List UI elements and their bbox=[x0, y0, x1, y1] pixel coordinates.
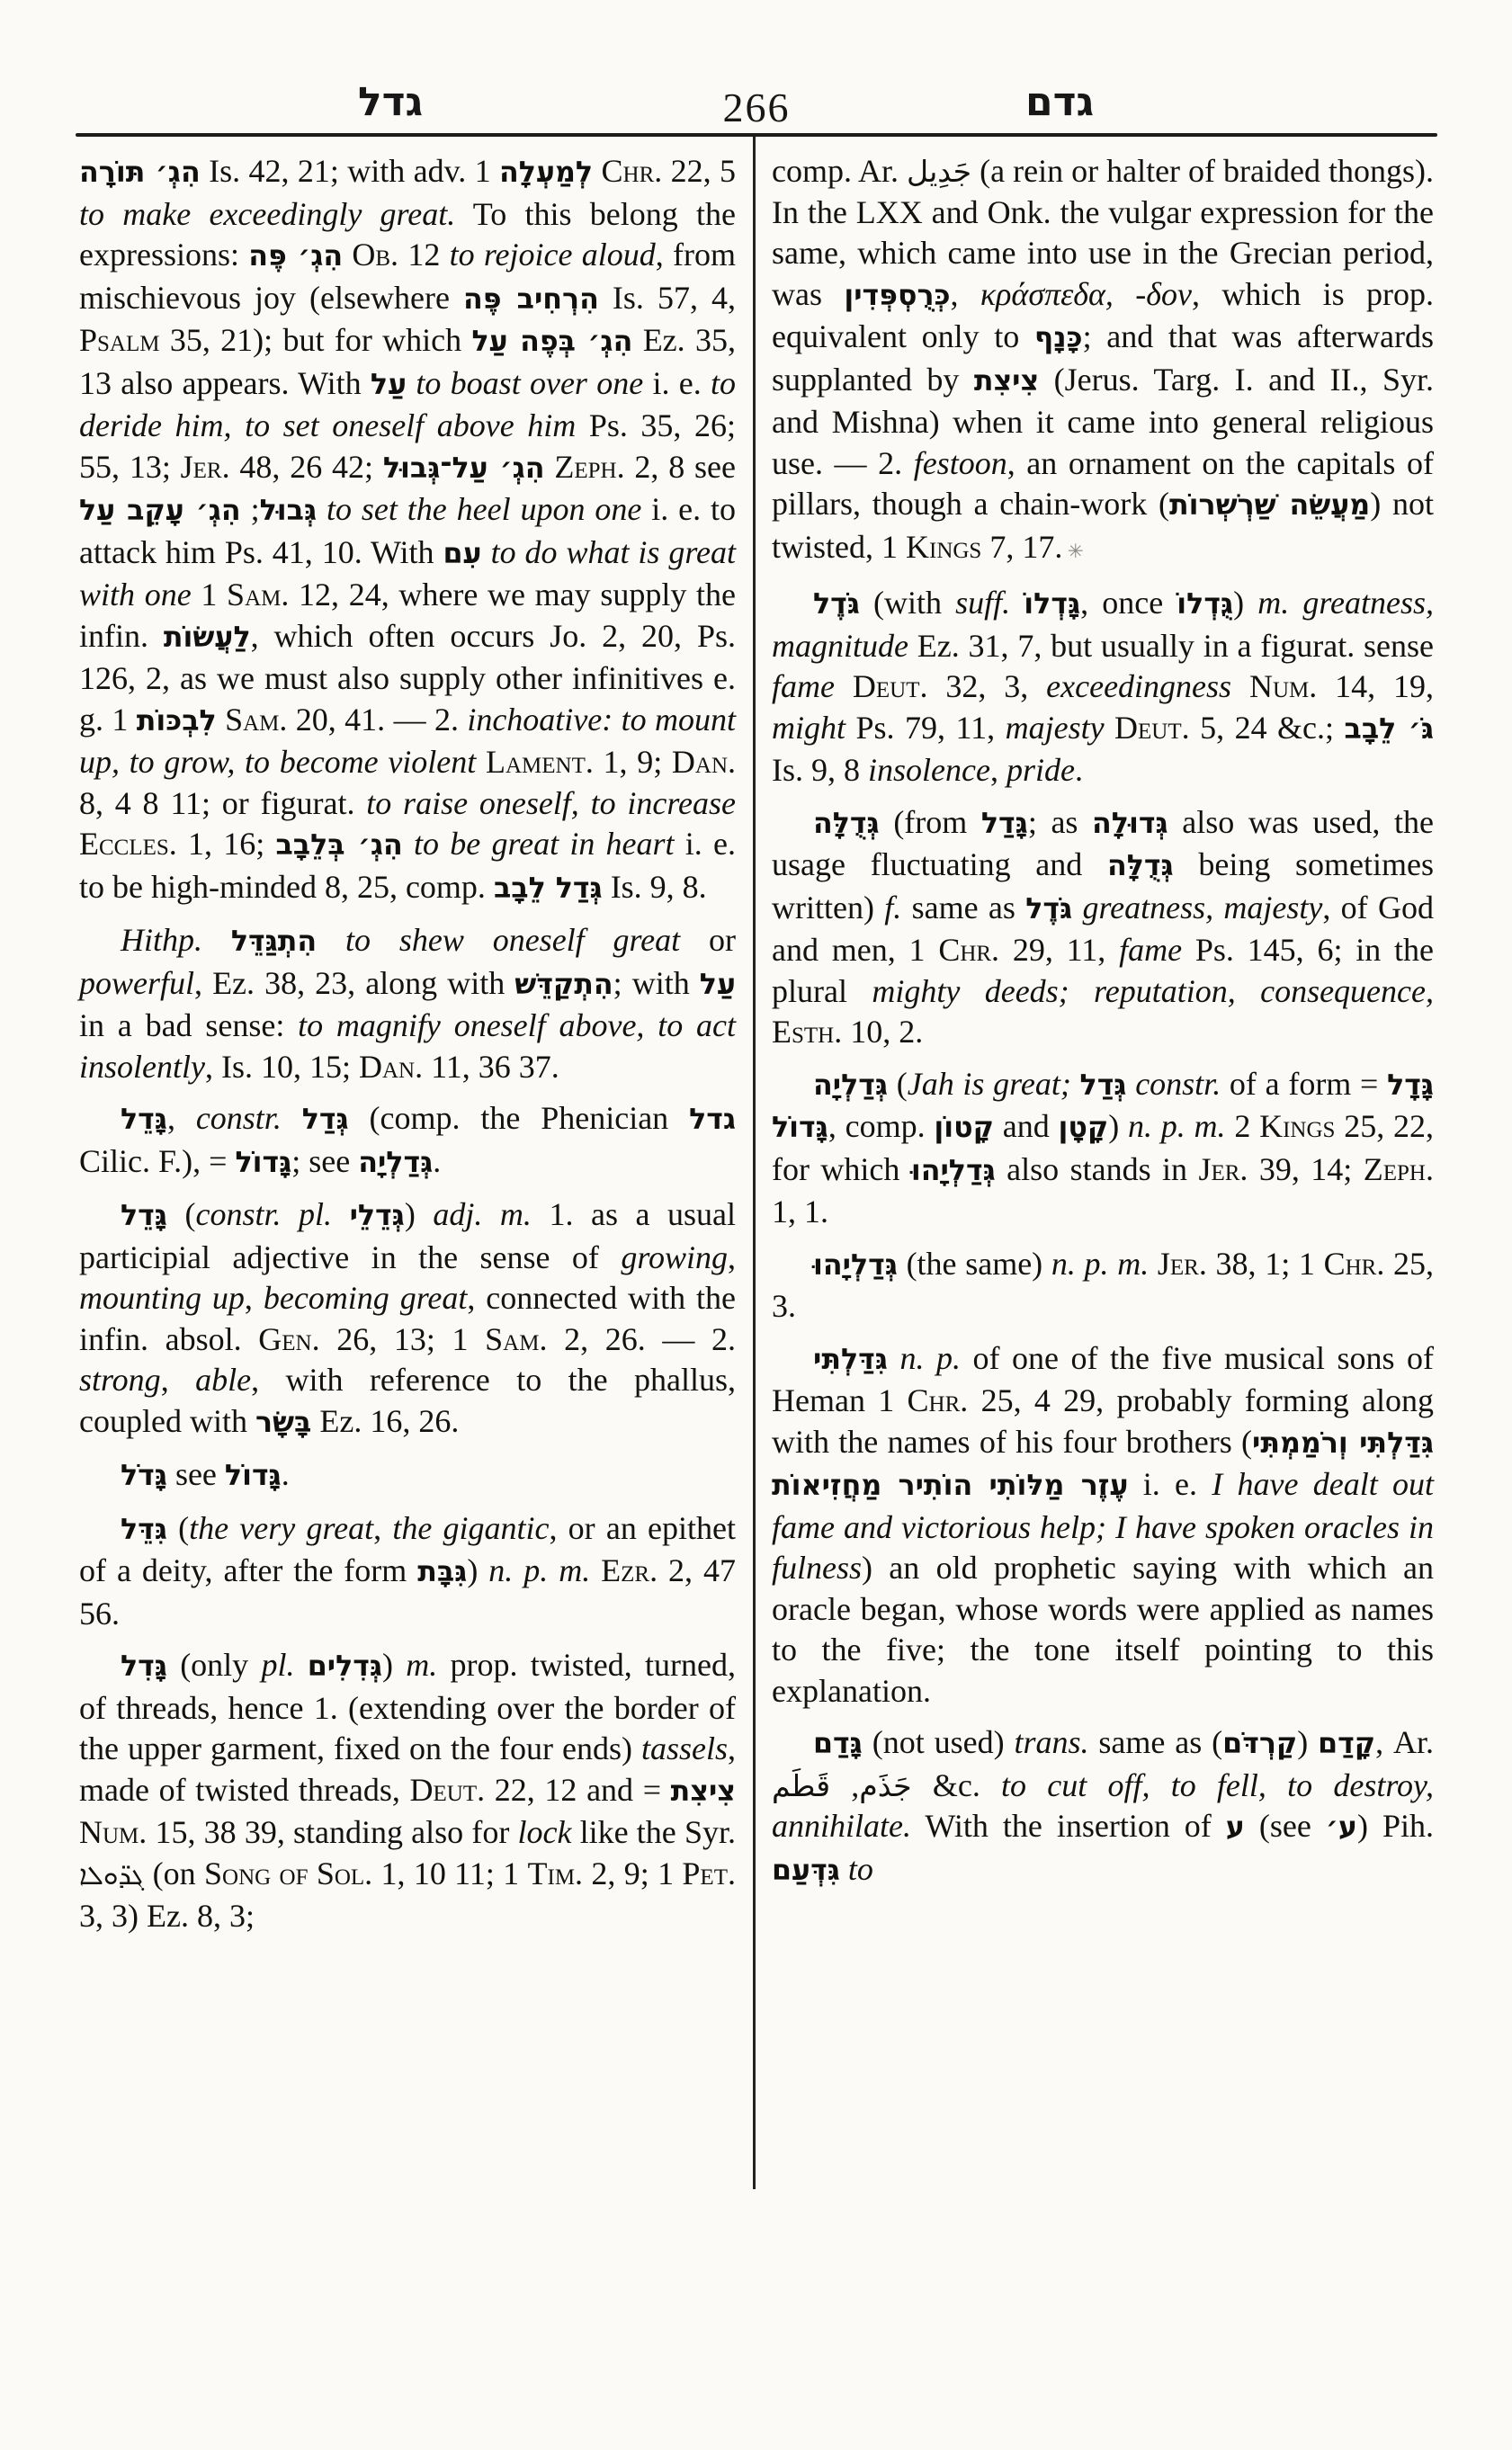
italic-text-segment: trans. bbox=[1014, 1724, 1088, 1760]
text-segment bbox=[1010, 585, 1024, 621]
text-segment bbox=[282, 1100, 302, 1136]
hebrew-text: צִיצִת bbox=[974, 365, 1039, 398]
text-segment bbox=[202, 922, 231, 958]
text-segment: of a form bbox=[1221, 1066, 1360, 1102]
hebrew-text: גְּדַלְיָהוּ bbox=[911, 1155, 996, 1187]
text-segment: 2 bbox=[1226, 1108, 1260, 1144]
small-caps-reference: Tim. bbox=[528, 1855, 584, 1891]
dictionary-entry: גָּדֵל, constr. גְּדַל (comp. the Phenic… bbox=[79, 1098, 736, 1184]
text-segment: = bbox=[1360, 1066, 1387, 1102]
hebrew-text: לִבְכּוֹת bbox=[137, 705, 217, 738]
text-segment: also stands in bbox=[996, 1151, 1199, 1187]
text-segment: ; with bbox=[613, 965, 700, 1001]
text-segment bbox=[545, 449, 555, 485]
small-caps-reference: Jer. bbox=[1158, 1246, 1207, 1282]
hebrew-text: גֹּ׳ לֵבָב bbox=[1345, 713, 1435, 746]
hebrew-text: הִגְ׳ עַל־גְּבוּל bbox=[383, 452, 545, 485]
text-segment: 2, 9; 1 bbox=[583, 1855, 682, 1891]
italic-text-segment: tassels bbox=[641, 1730, 728, 1766]
hebrew-text: גְּדֻלָּה bbox=[813, 808, 880, 840]
text-segment: (see bbox=[1245, 1808, 1326, 1844]
hebrew-text: עַל bbox=[371, 369, 407, 401]
small-caps-reference: Deut. bbox=[410, 1772, 486, 1808]
small-caps-reference: Deut. bbox=[1114, 710, 1190, 746]
text-segment: (from bbox=[880, 804, 981, 840]
text-segment: Ps. 79, 11, bbox=[845, 710, 1006, 746]
text-segment: , comp. bbox=[828, 1108, 935, 1144]
hebrew-text: הִגְ׳ בְּלֵבָב bbox=[275, 829, 402, 862]
text-segment: 48, 26 42; bbox=[230, 449, 383, 485]
italic-text-segment: to boast over one bbox=[416, 365, 643, 401]
small-caps-reference: Deut. bbox=[853, 668, 928, 704]
hebrew-text: גְּדוּלָה bbox=[1092, 808, 1168, 840]
text-segment: or bbox=[680, 922, 736, 958]
dictionary-entry: גִּדַּלְתִּי n. p. of one of the five mu… bbox=[772, 1338, 1434, 1712]
italic-text-segment: suff. bbox=[955, 585, 1010, 621]
hebrew-text: גִּבָּת bbox=[417, 1556, 467, 1588]
italic-text-segment: pride bbox=[1007, 752, 1075, 788]
text-segment bbox=[343, 237, 352, 273]
dictionary-entry: גְּדַלְיָהוּ (the same) n. p. m. Jer. 38… bbox=[772, 1244, 1434, 1328]
hebrew-text: גָּדָל bbox=[1387, 1069, 1434, 1102]
hebrew-text: גִּדַּלְתִּי bbox=[813, 1344, 888, 1376]
text-segment: 32, 3, bbox=[927, 668, 1046, 704]
hebrew-text: לְמַעְלָה bbox=[499, 156, 593, 189]
text-segment: ) bbox=[1108, 1108, 1128, 1144]
italic-text-segment: to be great in heart bbox=[414, 826, 675, 862]
text-segment: (not used) bbox=[863, 1724, 1015, 1760]
italic-text-segment: to shew oneself great bbox=[345, 922, 680, 958]
small-caps-reference: Song of Sol. bbox=[204, 1855, 372, 1891]
italic-text-segment: pl. bbox=[261, 1647, 294, 1683]
small-caps-reference: Jer. bbox=[181, 449, 230, 485]
text-segment: Is. 42, 21; with adv. bbox=[201, 153, 475, 189]
text-segment: 8, 4 8 11; or figurat. bbox=[79, 785, 366, 821]
text-segment: 20, 41. — 2. bbox=[287, 702, 467, 738]
small-caps-reference: Psalm bbox=[79, 322, 159, 358]
text-segment bbox=[403, 826, 414, 862]
text-segment: ) bbox=[405, 1196, 434, 1232]
hebrew-text: קָדַם bbox=[1318, 1728, 1375, 1760]
hebrew-text: הִגְ׳ עָקֵב עַל bbox=[79, 495, 241, 527]
hebrew-text: גדל bbox=[689, 1104, 736, 1136]
italic-text-segment: to bbox=[848, 1851, 873, 1887]
text-segment: (with bbox=[860, 585, 955, 621]
arabic-text: جَدِيل bbox=[907, 154, 971, 189]
italic-text-segment: n. p. m. bbox=[488, 1552, 590, 1588]
text-segment: , once bbox=[1080, 585, 1176, 621]
running-header: גדל 266 גדם bbox=[0, 0, 1512, 135]
small-caps-reference: Lament. bbox=[486, 744, 594, 780]
syriac-text: ܓܕ̈ܘܠܐ bbox=[79, 1860, 144, 1891]
greek-text: κράσπεδα, -δον bbox=[980, 276, 1192, 312]
text-segment: , bbox=[373, 1510, 392, 1546]
hebrew-text: הִרְחִיב פֶּה bbox=[463, 283, 599, 316]
small-caps-reference: Chr. bbox=[602, 153, 663, 189]
italic-text-segment: majesty bbox=[1006, 710, 1105, 746]
text-segment: 11, 36 37. bbox=[423, 1049, 559, 1085]
text-segment bbox=[835, 668, 853, 704]
continuation-paragraph: הִגְ׳ תּוֹרָה Is. 42, 21; with adv. לְמַ… bbox=[79, 151, 736, 909]
hebrew-text: גְּדֵלֵי bbox=[350, 1200, 405, 1232]
dictionary-entry: גָּדַם (not used) trans. same as קָדַם (… bbox=[772, 1722, 1434, 1891]
italic-text-segment: adj. m. bbox=[433, 1196, 532, 1232]
dictionary-entry: Hithp. הִתְגַּדֵּל to shew oneself great… bbox=[79, 920, 736, 1087]
hebrew-text: הִגְ׳ פֶּה bbox=[248, 240, 343, 273]
hebrew-text: גָּדַל bbox=[981, 808, 1028, 840]
hebrew-text: הִגְ׳ בְּפֶה עַל bbox=[472, 326, 633, 358]
text-segment bbox=[1149, 1246, 1158, 1282]
continuation-paragraph: comp. Ar. جَدِيل (a rein or halter of br… bbox=[772, 151, 1434, 572]
italic-text-segment: Hithp. bbox=[121, 922, 202, 958]
small-caps-reference: Kings bbox=[1259, 1108, 1335, 1144]
hebrew-text: קָטָן bbox=[1058, 1112, 1108, 1144]
italic-text-segment: powerful bbox=[79, 965, 194, 1001]
text-segment bbox=[1289, 585, 1302, 621]
arabic-text: قَطَم bbox=[772, 1768, 830, 1803]
hebrew-text: גְּדַלְיָה bbox=[813, 1069, 888, 1102]
text-segment: same as bbox=[901, 890, 1025, 925]
small-caps-reference: Zeph. bbox=[554, 449, 624, 485]
hebrew-text: גָּדוֹל bbox=[235, 1147, 291, 1179]
italic-text-segment: insolence bbox=[868, 752, 990, 788]
left-column: הִגְ׳ תּוֹרָה Is. 42, 21; with adv. לְמַ… bbox=[79, 151, 736, 1937]
text-segment: in a bad sense: bbox=[79, 1007, 298, 1043]
text-segment bbox=[888, 1340, 900, 1376]
hebrew-text: מַעֲשֵׂה שַׁרְשְׁרוֹת bbox=[1169, 489, 1370, 522]
text-segment: Cilic. F.), = bbox=[79, 1143, 235, 1179]
hebrew-text: הִתְקַדֵּשׁ bbox=[514, 969, 613, 1001]
text-segment: 22, 5 bbox=[662, 153, 736, 189]
text-segment: (comp. the Phenician bbox=[349, 1100, 689, 1136]
text-segment: 1, 10 11; 1 bbox=[372, 1855, 527, 1891]
hebrew-text: גְּדַל לֵבָב bbox=[494, 872, 603, 905]
text-segment: 38, 1; 1 bbox=[1207, 1246, 1324, 1282]
hebrew-text: גָּדַם bbox=[813, 1728, 863, 1760]
dictionary-entry: גִּדֵּל (the very great, the gigantic, o… bbox=[79, 1508, 736, 1635]
right-column: comp. Ar. جَدِيل (a rein or halter of br… bbox=[772, 151, 1434, 1891]
hebrew-text: גְּבוּל bbox=[260, 495, 318, 527]
hebrew-text: גֹּדֶל bbox=[1025, 893, 1072, 925]
italic-text-segment: to set the heel upon one bbox=[327, 491, 641, 527]
text-segment: 1, 16; bbox=[177, 826, 276, 862]
hebrew-text: צִיצִת bbox=[671, 1775, 736, 1808]
italic-text-segment: f. bbox=[884, 890, 901, 925]
italic-text-segment: strong bbox=[79, 1362, 161, 1398]
small-caps-reference: Pet. bbox=[682, 1855, 736, 1891]
text-segment: same as bbox=[1089, 1724, 1212, 1760]
text-segment bbox=[840, 1851, 848, 1887]
text-segment: ) Pih. bbox=[1357, 1808, 1434, 1844]
small-caps-reference: Chr. bbox=[938, 932, 999, 968]
text-segment bbox=[332, 1196, 350, 1232]
text-segment: ( bbox=[1297, 1724, 1318, 1760]
text-segment: (only bbox=[167, 1647, 262, 1683]
hebrew-text: עַל bbox=[700, 969, 736, 1001]
text-segment: Is. 9, 8. bbox=[603, 869, 707, 905]
text-segment: . bbox=[282, 1456, 290, 1492]
hebrew-text: קַרְדֹּם bbox=[1222, 1728, 1297, 1760]
dictionary-entry: גָּדֹל see גָּדוֹל. bbox=[79, 1454, 736, 1498]
text-segment: ( bbox=[888, 1066, 908, 1102]
text-segment: , bbox=[728, 1239, 736, 1275]
text-segment bbox=[1231, 668, 1249, 704]
hebrew-text: עִם bbox=[443, 538, 482, 570]
hebrew-text: גֻּדְלוֹ bbox=[1176, 588, 1233, 621]
text-segment: , bbox=[990, 752, 1007, 788]
text-segment: 29, 11, bbox=[999, 932, 1119, 968]
hebrew-text: בָּשָׂר bbox=[255, 1407, 311, 1439]
text-segment: ) bbox=[382, 1647, 406, 1683]
text-segment: ) bbox=[1233, 585, 1257, 621]
text-segment bbox=[476, 744, 486, 780]
italic-text-segment: growing bbox=[621, 1239, 728, 1275]
italic-text-segment: m. bbox=[1257, 585, 1289, 621]
column-divider bbox=[753, 137, 756, 2189]
hebrew-text: כָּנָף bbox=[1034, 322, 1083, 354]
hebrew-text: גְּדַל bbox=[302, 1104, 349, 1136]
hebrew-text: קָטוֹן bbox=[934, 1112, 994, 1144]
small-caps-reference: Kings bbox=[906, 529, 981, 565]
text-segment: ) bbox=[467, 1552, 488, 1588]
italic-text-segment: might bbox=[772, 710, 845, 746]
text-segment: see bbox=[167, 1456, 225, 1492]
small-caps-reference: Esth. bbox=[772, 1014, 842, 1050]
hebrew-text: כְּרֻסְפְּדִין bbox=[844, 280, 950, 312]
text-segment: 15, 38 39, standing also for bbox=[147, 1814, 517, 1850]
page-number: 266 bbox=[667, 85, 846, 131]
small-caps-reference: Zeph. bbox=[1364, 1151, 1434, 1187]
small-caps-reference: Sam. bbox=[225, 702, 287, 738]
catchword-left: גדל bbox=[358, 79, 423, 126]
small-caps-reference: Dan. bbox=[672, 744, 736, 780]
text-segment: and bbox=[994, 1108, 1059, 1144]
catchword-right: גדם bbox=[1025, 79, 1094, 126]
italic-text-segment: to rejoice aloud bbox=[450, 237, 656, 273]
italic-text-segment: to make exceedingly great. bbox=[79, 196, 455, 232]
italic-text-segment: Jah is great; bbox=[908, 1066, 1071, 1102]
text-segment: 35, 21); but for which bbox=[159, 322, 471, 358]
italic-text-segment: becoming great bbox=[264, 1280, 468, 1316]
dictionary-entry: גָּדֵל (constr. pl. גְּדֵלֵי) adj. m. 1.… bbox=[79, 1194, 736, 1444]
text-segment: 26, 13; 1 bbox=[320, 1321, 486, 1357]
hebrew-text: הִגְ׳ תּוֹרָה bbox=[79, 156, 201, 189]
small-caps-reference: Ob. bbox=[352, 237, 398, 273]
text-segment bbox=[294, 1647, 307, 1683]
text-segment: comp. Ar. bbox=[772, 153, 907, 189]
text-segment bbox=[317, 922, 345, 958]
text-segment: , bbox=[830, 1767, 859, 1803]
small-caps-reference: Chr. bbox=[908, 1382, 969, 1418]
text-segment: ( bbox=[167, 1510, 189, 1546]
italic-text-segment: fame bbox=[1119, 932, 1182, 968]
small-caps-reference: Sam. bbox=[227, 577, 289, 612]
italic-text-segment: mounting up bbox=[79, 1280, 245, 1316]
text-segment: 1, 1. bbox=[772, 1194, 828, 1229]
text-segment: (on bbox=[144, 1855, 204, 1891]
text-segment bbox=[590, 1552, 601, 1588]
italic-text-segment: constr. bbox=[196, 1100, 282, 1136]
text-segment: ; bbox=[241, 491, 260, 527]
text-segment: i. e. bbox=[1129, 1466, 1212, 1502]
small-caps-reference: Eccles. bbox=[79, 826, 177, 862]
hebrew-text: גָּדוֹל bbox=[772, 1112, 828, 1144]
dictionary-entry: גֹּדֶל (with suff. גָּדְלוֹ, once גֻּדְל… bbox=[772, 583, 1434, 791]
hebrew-text: גְּדֻלָּה bbox=[1107, 850, 1174, 882]
italic-text-segment: constr. pl. bbox=[195, 1196, 332, 1232]
text-segment bbox=[482, 534, 491, 570]
text-segment: . bbox=[433, 1143, 441, 1179]
hebrew-text: גָּדֹל bbox=[121, 1460, 167, 1492]
hebrew-text: גְּדַלְיָה bbox=[358, 1147, 433, 1179]
hebrew-text: גִּדְּעַם bbox=[772, 1855, 840, 1887]
italic-text-segment: fame bbox=[772, 668, 835, 704]
italic-text-segment: greatness, majesty bbox=[1082, 890, 1322, 925]
italic-text-segment: n. p. bbox=[899, 1340, 961, 1376]
text-segment: 14, 19, bbox=[1317, 668, 1434, 704]
small-caps-reference: Gen. bbox=[258, 1321, 319, 1357]
hebrew-text: גָּדֵל bbox=[121, 1104, 167, 1136]
print-mark: ✳ bbox=[1062, 541, 1084, 562]
italic-text-segment: able bbox=[195, 1362, 251, 1398]
text-segment: 2, 8 see bbox=[625, 449, 736, 485]
text-segment: 22, 12 and = bbox=[485, 1772, 671, 1808]
hebrew-text: גָּדוֹל bbox=[225, 1460, 282, 1492]
text-segment: , bbox=[245, 1280, 264, 1316]
small-caps-reference: Sam. bbox=[485, 1321, 547, 1357]
hebrew-text: הִתְגַּדֵּל bbox=[231, 925, 317, 958]
hebrew-text: גָּדֵל bbox=[121, 1200, 167, 1232]
small-caps-reference: Num. bbox=[79, 1814, 147, 1850]
hebrew-text: גְּדִלִים bbox=[308, 1650, 382, 1683]
italic-text-segment: n. p. m. bbox=[1128, 1108, 1226, 1144]
hebrew-text: ע׳ bbox=[1326, 1811, 1357, 1844]
text-segment: 1 bbox=[192, 577, 227, 612]
dictionary-entry: גָּדִל (only pl. גְּדִלִים) m. prop. twi… bbox=[79, 1645, 736, 1937]
text-segment bbox=[1072, 890, 1082, 925]
hebrew-text: גִּדֵּל bbox=[121, 1514, 167, 1546]
text-segment bbox=[1071, 1066, 1080, 1102]
text-segment: With the insertion of bbox=[911, 1808, 1226, 1844]
dictionary-entry: גְּדֻלָּה (from גָּדַל; as גְּדוּלָה als… bbox=[772, 802, 1434, 1053]
italic-text-segment: mighty deeds; reputation, consequence, bbox=[872, 973, 1434, 1009]
text-segment: (the same) bbox=[898, 1246, 1051, 1282]
text-segment: ; as bbox=[1028, 804, 1092, 840]
text-segment: ( bbox=[167, 1196, 196, 1232]
text-segment: like the Syr. bbox=[571, 1814, 736, 1850]
text-segment: 1, 9; bbox=[594, 744, 672, 780]
text-segment: Is. 57, 4, bbox=[599, 280, 736, 316]
scanned-lexicon-page: גדל 266 גדם הִגְ׳ תּוֹרָה Is. 42, 21; wi… bbox=[0, 0, 1512, 2450]
text-segment: 2, 26. — 2. bbox=[547, 1321, 736, 1357]
text-segment: . bbox=[1075, 752, 1083, 788]
text-segment bbox=[407, 365, 416, 401]
text-segment bbox=[1105, 710, 1114, 746]
text-segment: 39, 14; bbox=[1248, 1151, 1363, 1187]
small-caps-reference: Dan. bbox=[359, 1049, 423, 1085]
italic-text-segment: the gigantic bbox=[392, 1510, 549, 1546]
text-segment: ) an old prophetic saying with which an … bbox=[772, 1550, 1434, 1709]
header-rule bbox=[76, 133, 1437, 137]
text-segment: 12 bbox=[398, 237, 450, 273]
arabic-text: جَذَم bbox=[859, 1768, 911, 1803]
text-segment: Ez. 31, 7, but usually in a figurat. sen… bbox=[908, 628, 1434, 664]
text-segment: , Ez. 38, 23, along with bbox=[194, 965, 514, 1001]
italic-text-segment: exceedingness bbox=[1046, 668, 1231, 704]
text-segment bbox=[1126, 1066, 1135, 1102]
italic-text-segment: festoon bbox=[914, 445, 1007, 481]
small-caps-reference: Chr. bbox=[1324, 1246, 1385, 1282]
text-segment: 5, 24 &c.; bbox=[1190, 710, 1345, 746]
dictionary-entry: גְּדַלְיָה (Jah is great; גְּדַל constr.… bbox=[772, 1064, 1434, 1233]
text-segment: , bbox=[167, 1100, 196, 1136]
italic-text-segment: n. p. m. bbox=[1051, 1246, 1149, 1282]
text-segment: &c. bbox=[912, 1767, 1001, 1803]
italic-text-segment: the very great bbox=[189, 1510, 373, 1546]
small-caps-reference: Jer. bbox=[1198, 1151, 1248, 1187]
hebrew-text: גֹּדֶל bbox=[813, 588, 860, 621]
small-caps-reference: Ezr. bbox=[601, 1552, 658, 1588]
text-segment: 10, 2. bbox=[842, 1014, 923, 1050]
text-segment: ; see bbox=[291, 1143, 358, 1179]
hebrew-text: גָּדְלוֹ bbox=[1024, 588, 1080, 621]
italic-text-segment: lock bbox=[518, 1814, 572, 1850]
text-segment: , bbox=[951, 276, 980, 312]
text-segment: , Is. 10, 15; bbox=[205, 1049, 359, 1085]
text-segment: Is. 9, 8 bbox=[772, 752, 868, 788]
italic-text-segment: m. bbox=[406, 1647, 437, 1683]
small-caps-reference: Num. bbox=[1249, 668, 1317, 704]
hebrew-text: ע bbox=[1226, 1811, 1245, 1844]
hebrew-text: לַעֲשׂוֹת bbox=[164, 621, 251, 654]
hebrew-text: גְּדַל bbox=[1080, 1069, 1127, 1102]
hebrew-text: גְּדַלְיָהוּ bbox=[813, 1249, 898, 1282]
text-segment bbox=[317, 491, 327, 527]
text-segment: 3, 3) Ez. 8, 3; bbox=[79, 1898, 255, 1934]
italic-text-segment: to raise oneself, to increase bbox=[366, 785, 736, 821]
hebrew-text: גָּדִל bbox=[121, 1650, 167, 1683]
text-segment: , bbox=[161, 1362, 195, 1398]
italic-text-segment: constr. bbox=[1135, 1066, 1221, 1102]
text-segment: i. e. bbox=[643, 365, 711, 401]
text-segment: 7, 17. bbox=[981, 529, 1062, 565]
text-segment: Ez. 16, 26. bbox=[311, 1403, 459, 1439]
